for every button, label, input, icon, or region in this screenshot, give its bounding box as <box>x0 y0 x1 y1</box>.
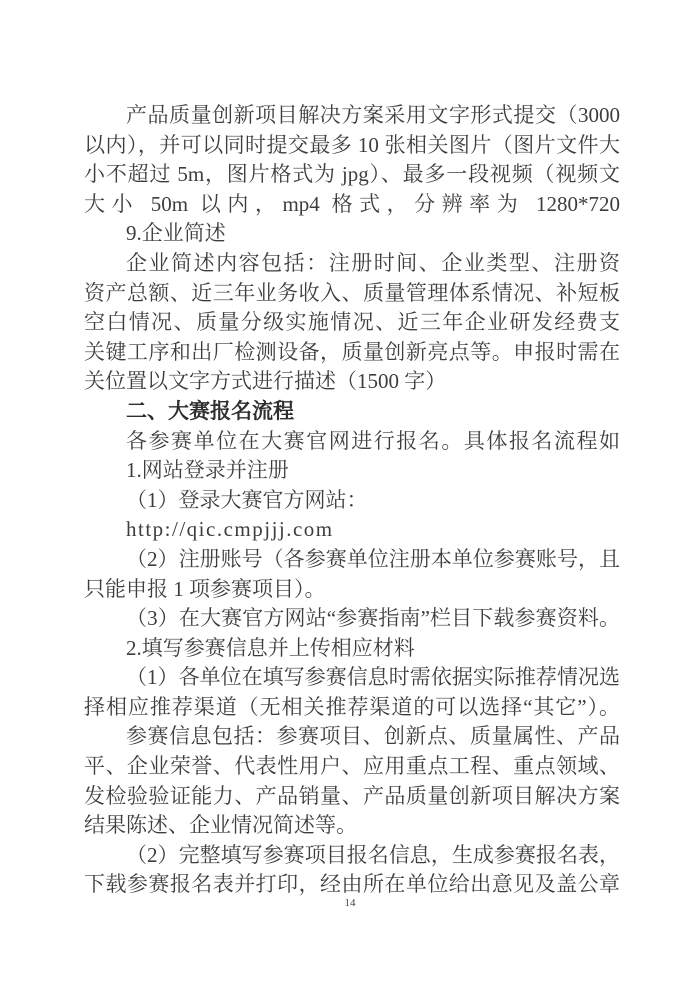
text-line: 发检验验证能力、产品销量、产品质量创新项目解决方案及 <box>84 782 620 812</box>
text-line: （3）在大赛官方网站“参赛指南”栏目下载参赛资料。 <box>84 604 620 634</box>
text-line: （1）各单位在填写参赛信息时需依据实际推荐情况选 <box>84 663 620 693</box>
text-line: （1）登录大赛官方网站： <box>84 486 620 516</box>
text-line: 择相应推荐渠道（无相关推荐渠道的可以选择“其它”）。 <box>84 693 620 723</box>
text-line: 以内），并可以同时提交最多 10 张相关图片（图片文件大 <box>84 131 620 161</box>
text-line: 平、企业荣誉、代表性用户、应用重点工程、重点领域、研 <box>84 752 620 782</box>
text-line: 结果陈述、企业情况简述等。 <box>84 811 620 841</box>
text-line: 企业简述内容包括：注册时间、企业类型、注册资本、 <box>84 249 620 279</box>
text-line: 9.企业简述 <box>84 219 620 249</box>
text-line: 关位置以文字方式进行描述（1500 字） <box>84 367 620 397</box>
text-line: 1.网站登录并注册 <box>84 456 620 486</box>
text-line: 参赛信息包括：参赛项目、创新点、质量属性、产品水 <box>84 722 620 752</box>
text-line: 只能申报 1 项参赛项目）。 <box>84 575 620 605</box>
text-line: 大小 50m 以内，mp4 格式，分辨率为 1280*720（720P））。 <box>84 190 620 220</box>
text-line: 各参赛单位在大赛官网进行报名。具体报名流程如下： <box>84 427 620 457</box>
text-line: 2.填写参赛信息并上传相应材料 <box>84 634 620 664</box>
text-line: （2）注册账号（各参赛单位注册本单位参赛账号，且 <box>84 545 620 575</box>
document-body: 产品质量创新项目解决方案采用文字形式提交（3000 字以内），并可以同时提交最多… <box>84 101 620 900</box>
text-line: 下载参赛报名表并打印，经由所在单位给出意见及盖公章后 <box>84 870 620 900</box>
document-page: 产品质量创新项目解决方案采用文字形式提交（3000 字以内），并可以同时提交最多… <box>0 0 700 990</box>
text-line: 二、大赛报名流程 <box>84 397 620 427</box>
text-line: 产品质量创新项目解决方案采用文字形式提交（3000 字 <box>84 101 620 131</box>
page-number: 14 <box>0 897 700 909</box>
text-line: （2）完整填写参赛项目报名信息，生成参赛报名表， <box>84 841 620 871</box>
website-url: http://qic.cmpjjj.com <box>84 515 620 545</box>
text-line: 小不超过 5m，图片格式为 jpg）、最多一段视频（视频文件 <box>84 160 620 190</box>
text-line: 关键工序和出厂检测设备，质量创新亮点等。申报时需在相 <box>84 338 620 368</box>
text-line: 资产总额、近三年业务收入、质量管理体系情况、补短板补 <box>84 279 620 309</box>
text-line: 空白情况、质量分级实施情况、近三年企业研发经费支出、 <box>84 308 620 338</box>
